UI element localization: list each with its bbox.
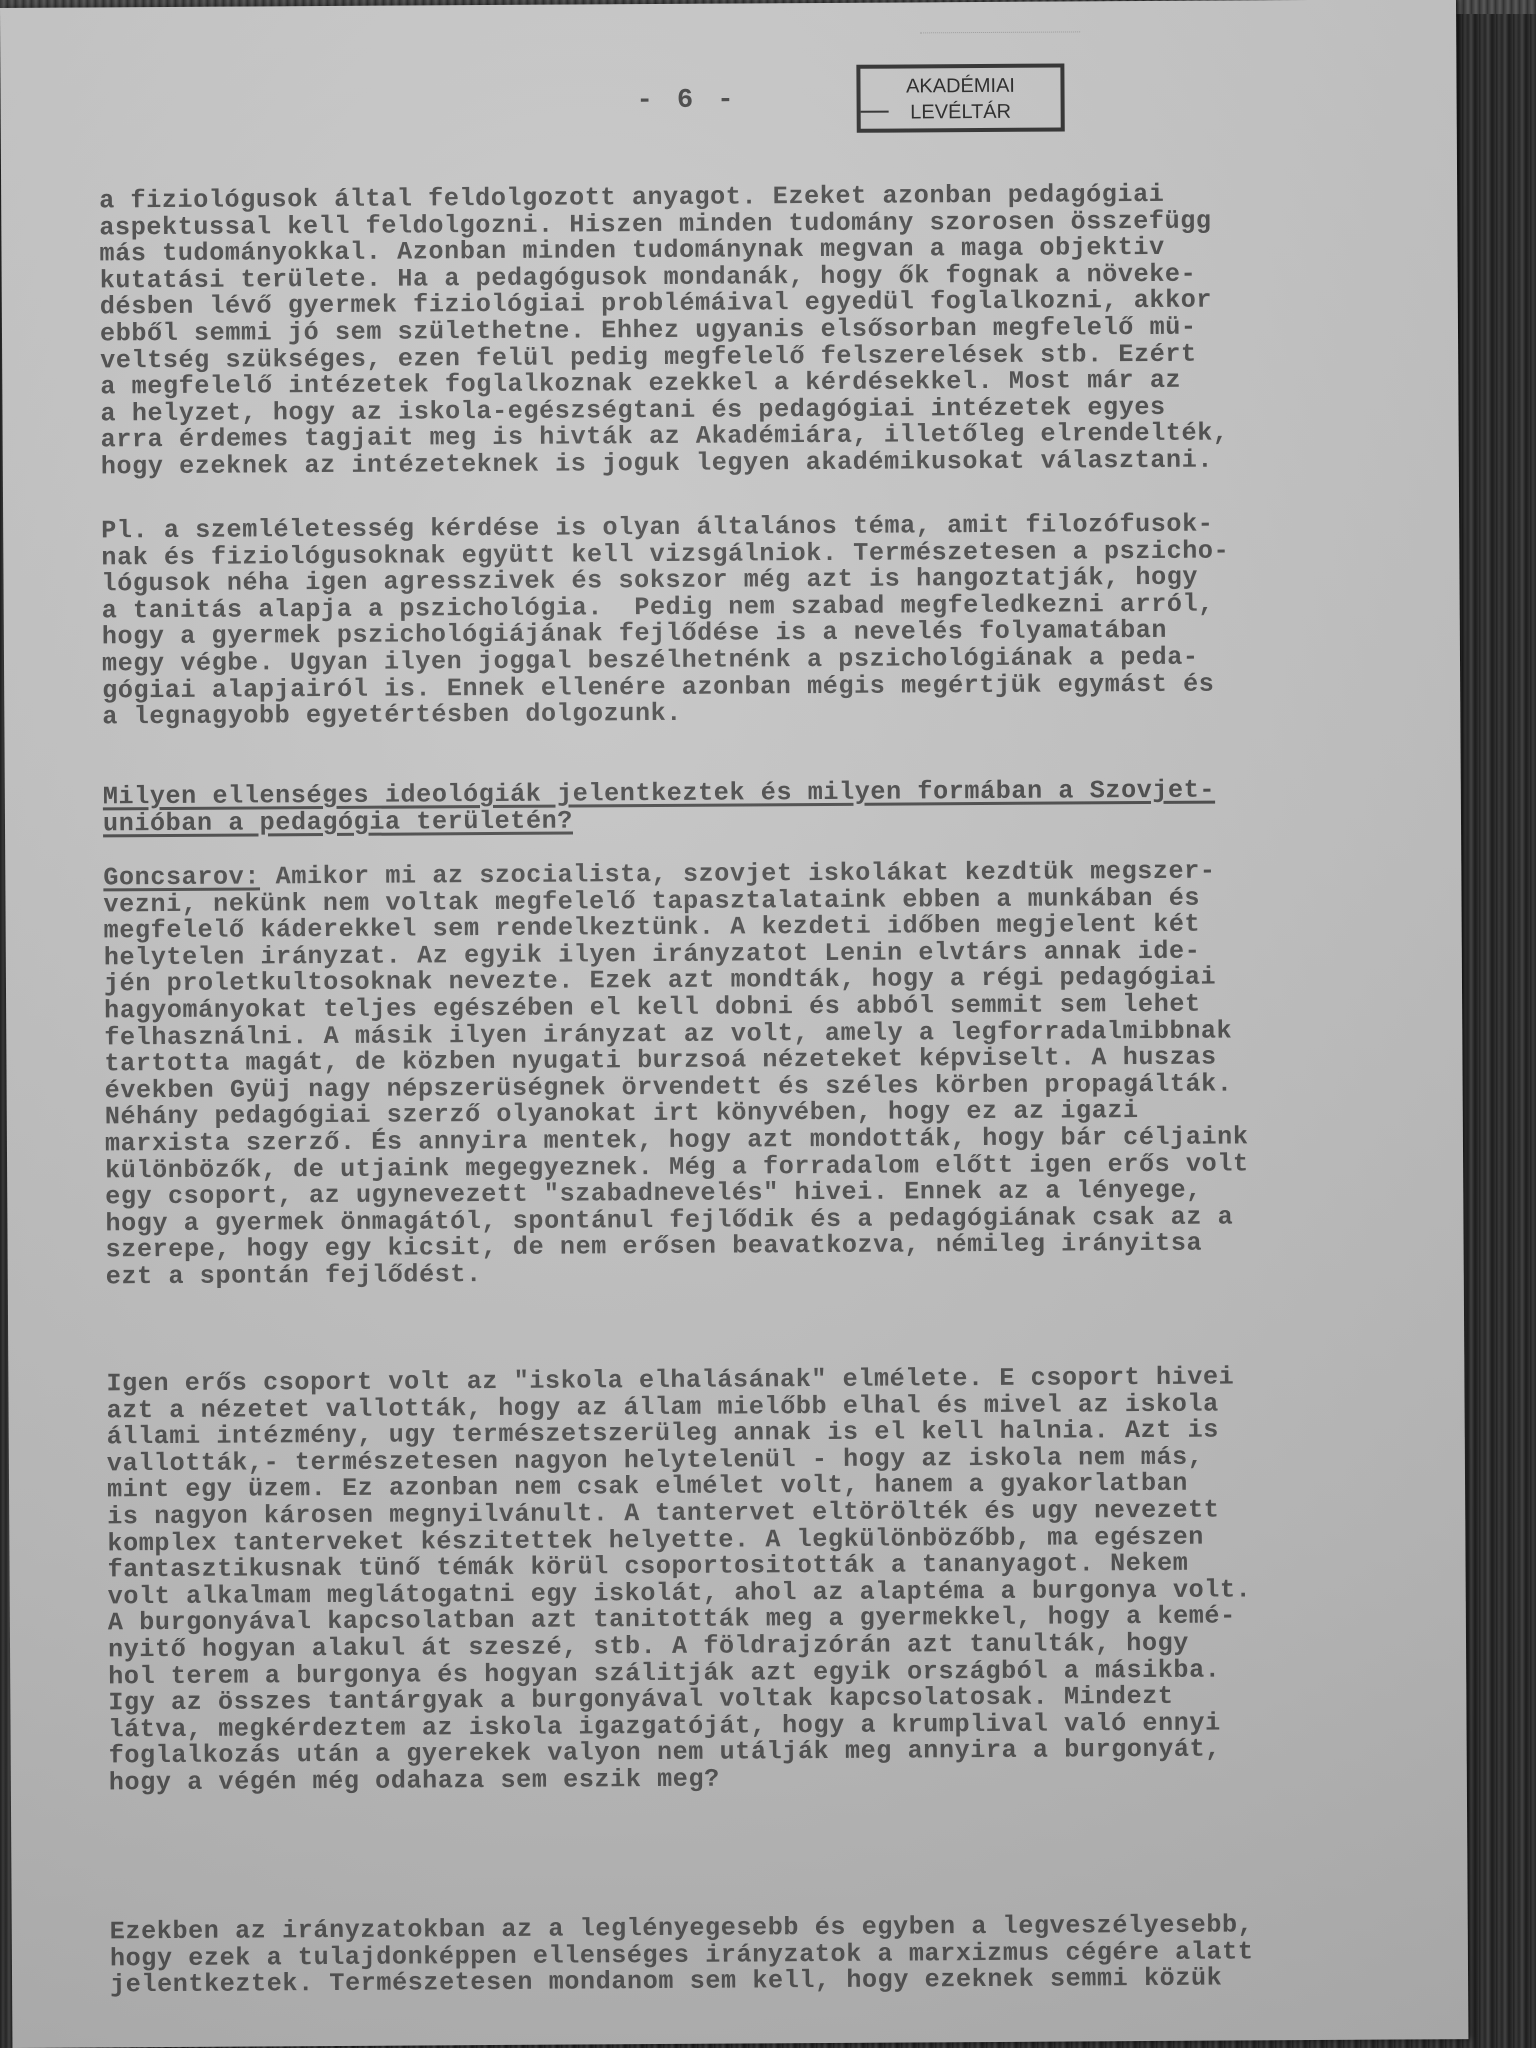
paragraph-visual-learning: Pl. a szemléletesség kérdése is olyan ál… [101,510,1432,731]
text-line: a legnagyobb egyetértésben dolgozunk. [102,696,1432,731]
text-line: hogy a végén még odahaza sem eszik meg? [109,1762,1439,1797]
archive-stamp: AKADÉMIAI LEVÉLTÁR [856,63,1064,132]
stamp-line-2: LEVÉLTÁR [861,99,1061,126]
text-line: unióban a pedagógia területén? [103,803,1433,838]
paragraph-dangerous-tendencies: Ezekben az irányzatokban az a leglényege… [110,1911,1440,1999]
paragraph-school-withering-theory: Igen erős csoport volt az "iskola elhalá… [106,1363,1439,1797]
paragraph-pedagogical-aspect: a fiziológusok által feldolgozott anyago… [99,180,1431,481]
document-page: - 6 - AKADÉMIAI LEVÉLTÁR a fiziológusok … [0,0,1468,2048]
speaker-name: Goncsarov: [103,862,260,892]
stamp-rule [861,111,889,113]
paragraph-goncsarov-answer: Goncsarov: Amikor mi az szocialista, szo… [103,857,1436,1291]
page-number: - 6 - [636,85,737,116]
pencil-marks [920,31,1080,53]
stamp-line-1: AKADÉMIAI [860,73,1060,100]
text-line: ezt a spontán fejlődést. [106,1256,1436,1291]
section-question-heading: Milyen ellenséges ideológiák jelentkezte… [103,776,1433,837]
text-line: hogy ezeknek az intézeteknek is joguk le… [101,446,1431,481]
text-line: jelentkeztek. Természetesen mondanom sem… [110,1964,1440,1999]
